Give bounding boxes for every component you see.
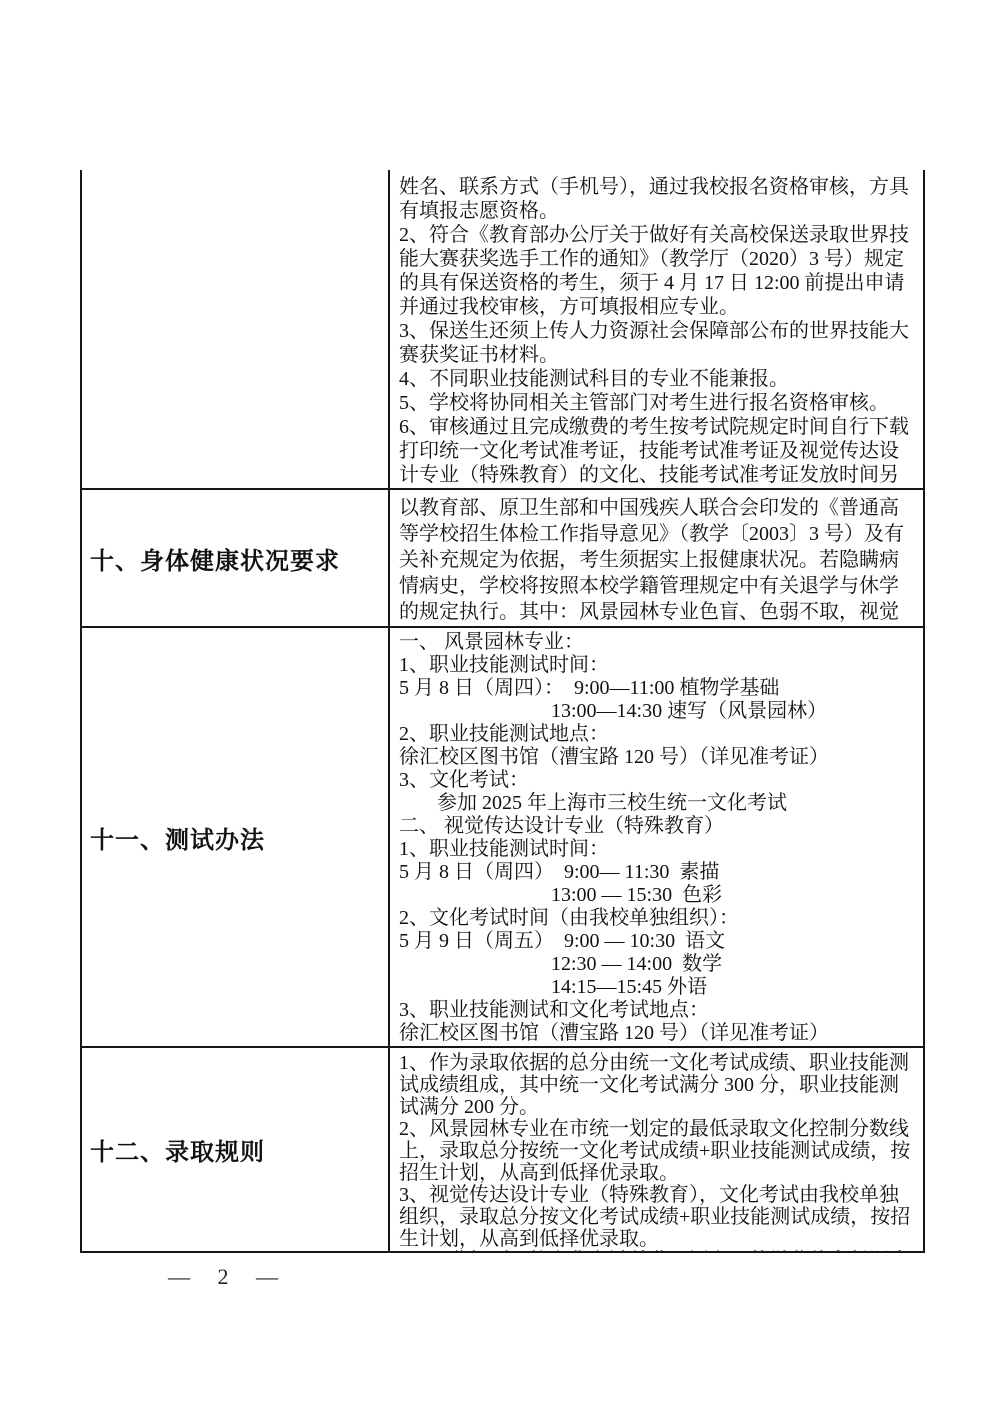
content-line: 3、职业技能测试和文化考试地点： (399, 999, 916, 1022)
content-line: 13:00 — 15:30 色彩 (399, 884, 916, 907)
content-line: 二、 视觉传达设计专业（特殊教育） (399, 815, 916, 838)
content-line: 3、视觉传达设计专业（特殊教育），文化考试由我校单独组织，录取总分按文化考试成绩… (399, 1184, 916, 1250)
content-line: 2、符合《教育部办公厅关于做好有关高校保送录取世界技能大赛获奖选手工作的通知》（… (399, 223, 916, 319)
content-line: 4、同分规则：按文化考试总分、语文、数学分值高低顺次决定排序。 (399, 1250, 916, 1251)
content-line: 5 月 8 日（周四）： 9:00—11:00 植物学基础 (399, 677, 916, 700)
content-line: 以教育部、原卫生部和中国残疾人联合会印发的《普通高等学校招生体检工作指导意见》（… (399, 495, 916, 626)
page-number: — 2 — (168, 1264, 278, 1290)
content-line: 2、职业技能测试地点： (399, 723, 916, 746)
content-line: 1、职业技能测试时间： (399, 838, 916, 861)
row-content-registration: 姓名、联系方式（手机号），通过我校报名资格审核，方具有填报志愿资格。2、符合《教… (390, 170, 923, 488)
content-line: 一、 风景园林专业： (399, 631, 916, 654)
row-content-test-methods: 一、 风景园林专业：1、职业技能测试时间：5 月 8 日（周四）： 9:00—1… (390, 628, 923, 1046)
content-line: 4、不同职业技能测试科目的专业不能兼报。 (399, 367, 916, 391)
content-line: 13:00—14:30 速写（风景园林） (399, 700, 916, 723)
content-line: 3、保送生还须上传人力资源社会保障部公布的世界技能大赛获奖证书材料。 (399, 319, 916, 367)
content-line: 2、风景园林专业在市统一划定的最低录取文化控制分数线上，录取总分按统一文化考试成… (399, 1118, 916, 1184)
document-page: 姓名、联系方式（手机号），通过我校报名资格审核，方具有填报志愿资格。2、符合《教… (0, 0, 992, 1403)
row-content-health-requirements: 以教育部、原卫生部和中国残疾人联合会印发的《普通高等学校招生体检工作指导意见》（… (390, 490, 923, 626)
table-row-registration-continued: 姓名、联系方式（手机号），通过我校报名资格审核，方具有填报志愿资格。2、符合《教… (82, 170, 923, 488)
content-line: 1、作为录取依据的总分由统一文化考试成绩、职业技能测试成绩组成，其中统一文化考试… (399, 1052, 916, 1118)
content-line: 6、审核通过且完成缴费的考生按考试院规定时间自行下载打印统一文化考试准考证，技能… (399, 415, 916, 488)
content-line: 姓名、联系方式（手机号），通过我校报名资格审核，方具有填报志愿资格。 (399, 175, 916, 223)
row-header-empty (82, 170, 390, 488)
content-line: 5、学校将协同相关主管部门对考生进行报名资格审核。 (399, 391, 916, 415)
content-line: 2、文化考试时间（由我校单独组织）： (399, 907, 916, 930)
content-line: 14:15—15:45 外语 (399, 976, 916, 999)
table-row-health-requirements: 十、身体健康状况要求 以教育部、原卫生部和中国残疾人联合会印发的《普通高等学校招… (82, 488, 923, 626)
content-line: 3、文化考试： (399, 769, 916, 792)
row-content-admission-rules: 1、作为录取依据的总分由统一文化考试成绩、职业技能测试成绩组成，其中统一文化考试… (390, 1048, 923, 1251)
content-line: 参加 2025 年上海市三校生统一文化考试 (399, 792, 916, 815)
table-row-admission-rules: 十二、录取规则 1、作为录取依据的总分由统一文化考试成绩、职业技能测试成绩组成，… (82, 1046, 923, 1251)
content-line: 1、职业技能测试时间： (399, 654, 916, 677)
table-row-test-methods: 十一、测试办法 一、 风景园林专业：1、职业技能测试时间：5 月 8 日（周四）… (82, 626, 923, 1046)
content-line: 5 月 9 日（周五） 9:00 — 10:30 语文 (399, 930, 916, 953)
content-line: 5 月 8 日（周四） 9:00— 11:30 素描 (399, 861, 916, 884)
row-header-health-requirements: 十、身体健康状况要求 (82, 490, 390, 626)
content-line: 徐汇校区图书馆（漕宝路 120 号）（详见准考证） (399, 1022, 916, 1045)
admissions-rules-table: 姓名、联系方式（手机号），通过我校报名资格审核，方具有填报志愿资格。2、符合《教… (80, 170, 925, 1253)
content-line: 徐汇校区图书馆（漕宝路 120 号）（详见准考证） (399, 746, 916, 769)
row-header-admission-rules: 十二、录取规则 (82, 1048, 390, 1251)
content-line: 12:30 — 14:00 数学 (399, 953, 916, 976)
row-header-test-methods: 十一、测试办法 (82, 628, 390, 1046)
